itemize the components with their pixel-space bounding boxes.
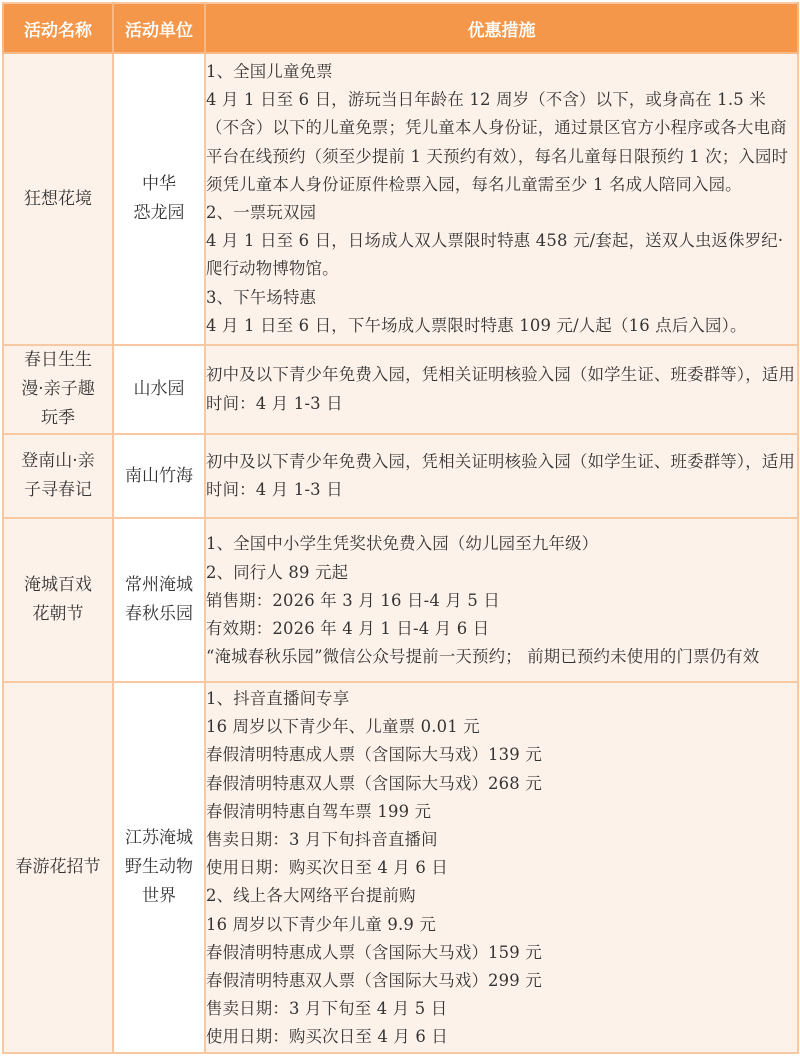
activity-unit-line: 野生动物 xyxy=(114,853,204,882)
activity-unit-line: 江苏淹城 xyxy=(114,824,204,853)
offer-text: 4 月 1 日至 6 日，游玩当日年龄在 12 周岁（不含）以下，或身高在 1.… xyxy=(206,86,797,199)
activity-name: 狂想花境 xyxy=(24,189,92,209)
activity-unit-cell: 山水园 xyxy=(113,345,205,434)
activity-unit-line: 南山竹海 xyxy=(114,462,204,491)
activity-name: 春游花招节 xyxy=(16,857,101,877)
table-row: 淹城百戏 花朝节 常州淹城 春秋乐园 1、全国中小学生凭奖状免费入园（幼儿园至九… xyxy=(3,518,798,682)
offer-heading: 1、全国中小学生凭奖状免费入园（幼儿园至九年级） xyxy=(206,530,797,558)
activity-name-cell: 淹城百戏 花朝节 xyxy=(3,518,113,682)
offer-heading: 2、一票玩双园 xyxy=(206,199,797,227)
table-row: 春日生生 漫·亲子趣 玩季 山水园 初中及以下青少年免费入园，凭相关证明核验入园… xyxy=(3,345,798,434)
offer-heading: 2、同行人 89 元起 xyxy=(206,559,797,587)
activity-unit-line: 山水园 xyxy=(114,375,204,404)
table-row: 春游花招节 江苏淹城 野生动物 世界 1、抖音直播间专享 16 周岁以下青少年、… xyxy=(3,682,798,1053)
valid-period: 有效期：2026 年 4 月 1 日-4 月 6 日 xyxy=(206,615,797,643)
table-row: 登南山·亲 子寻春记 南山竹海 初中及以下青少年免费入园，凭相关证明核验入园（如… xyxy=(3,434,798,518)
sale-period: 销售期：2026 年 3 月 16 日-4 月 5 日 xyxy=(206,587,797,615)
use-date: 使用日期：购买次日至 4 月 6 日 xyxy=(206,854,797,882)
offer-text: 春假清明特惠双人票（含国际大马戏）268 元 xyxy=(206,770,797,798)
offer-text: 初中及以下青少年免费入园，凭相关证明核验入园（如学生证、班委群等），适用时间：4… xyxy=(206,361,797,417)
offer-text: 16 周岁以下青少年儿童 9.9 元 xyxy=(206,911,797,939)
activity-unit-cell: 江苏淹城 野生动物 世界 xyxy=(113,682,205,1053)
offer-text: 春假清明特惠成人票（含国际大马戏）159 元 xyxy=(206,939,797,967)
offer-heading: 1、抖音直播间专享 xyxy=(206,685,797,713)
offer-text: 4 月 1 日至 6 日，日场成人双人票限时特惠 458 元/套起，送双人虫返侏… xyxy=(206,227,797,283)
activity-name-cell: 春日生生 漫·亲子趣 玩季 xyxy=(3,345,113,434)
activity-name-line: 春日生生 xyxy=(4,346,112,375)
activity-unit-cell: 常州淹城 春秋乐园 xyxy=(113,518,205,682)
column-header-offers: 优惠措施 xyxy=(205,3,798,53)
offer-text: 春假清明特惠自驾车票 199 元 xyxy=(206,798,797,826)
activity-unit-line: 春秋乐园 xyxy=(114,600,204,629)
offer-heading: 3、下午场特惠 xyxy=(206,284,797,312)
offer-text: 春假清明特惠成人票（含国际大马戏）139 元 xyxy=(206,741,797,769)
activity-unit-cell: 中华 恐龙园 xyxy=(113,53,205,345)
table-header-row: 活动名称 活动单位 优惠措施 xyxy=(3,3,798,53)
activity-unit-line: 常州淹城 xyxy=(114,571,204,600)
activity-name-line: 子寻春记 xyxy=(4,476,112,505)
offer-heading: 2、线上各大网络平台提前购 xyxy=(206,882,797,910)
activity-name-cell: 春游花招节 xyxy=(3,682,113,1053)
offer-text: 4 月 1 日至 6 日，下午场成人票限时特惠 109 元/人起（16 点后入园… xyxy=(206,312,797,340)
table-row: 狂想花境 中华 恐龙园 1、全国儿童免票 4 月 1 日至 6 日，游玩当日年龄… xyxy=(3,53,798,345)
activity-name-line: 登南山·亲 xyxy=(4,447,112,476)
activity-name-line: 淹城百戏 xyxy=(4,571,112,600)
offer-heading: 1、全国儿童免票 xyxy=(206,58,797,86)
offer-details-cell: 初中及以下青少年免费入园，凭相关证明核验入园（如学生证、班委群等），适用时间：4… xyxy=(205,345,798,434)
offer-text: 16 周岁以下青少年、儿童票 0.01 元 xyxy=(206,713,797,741)
column-header-activity-unit: 活动单位 xyxy=(113,3,205,53)
activity-name-line: 漫·亲子趣 xyxy=(4,375,112,404)
sale-date: 售卖日期：3 月下旬至 4 月 5 日 xyxy=(206,995,797,1023)
activity-unit-line: 世界 xyxy=(114,882,204,911)
use-date: 使用日期：购买次日至 4 月 6 日 xyxy=(206,1023,797,1051)
sale-date: 售卖日期：3 月下旬抖音直播间 xyxy=(206,826,797,854)
offer-details-cell: 1、全国中小学生凭奖状免费入园（幼儿园至九年级） 2、同行人 89 元起 销售期… xyxy=(205,518,798,682)
offer-details-cell: 1、抖音直播间专享 16 周岁以下青少年、儿童票 0.01 元 春假清明特惠成人… xyxy=(205,682,798,1053)
offer-text: “淹城春秋乐园”微信公众号提前一天预约； 前期已预约未使用的门票仍有效 xyxy=(206,643,797,671)
offer-text: 春假清明特惠双人票（含国际大马戏）299 元 xyxy=(206,967,797,995)
activity-name-line: 玩季 xyxy=(4,404,112,433)
activity-unit-cell: 南山竹海 xyxy=(113,434,205,518)
activity-name-cell: 狂想花境 xyxy=(3,53,113,345)
activity-unit-line: 恐龙园 xyxy=(114,199,204,228)
activity-name-cell: 登南山·亲 子寻春记 xyxy=(3,434,113,518)
activity-unit-line: 中华 xyxy=(114,170,204,199)
offer-text: 初中及以下青少年免费入园，凭相关证明核验入园（如学生证、班委群等），适用时间：4… xyxy=(206,448,797,504)
column-header-activity-name: 活动名称 xyxy=(3,3,113,53)
offer-details-cell: 1、全国儿童免票 4 月 1 日至 6 日，游玩当日年龄在 12 周岁（不含）以… xyxy=(205,53,798,345)
promotion-table: 活动名称 活动单位 优惠措施 狂想花境 中华 恐龙园 1、全国儿童免票 4 月 … xyxy=(2,2,799,1054)
activity-name-line: 花朝节 xyxy=(4,600,112,629)
offer-details-cell: 初中及以下青少年免费入园，凭相关证明核验入园（如学生证、班委群等），适用时间：4… xyxy=(205,434,798,518)
